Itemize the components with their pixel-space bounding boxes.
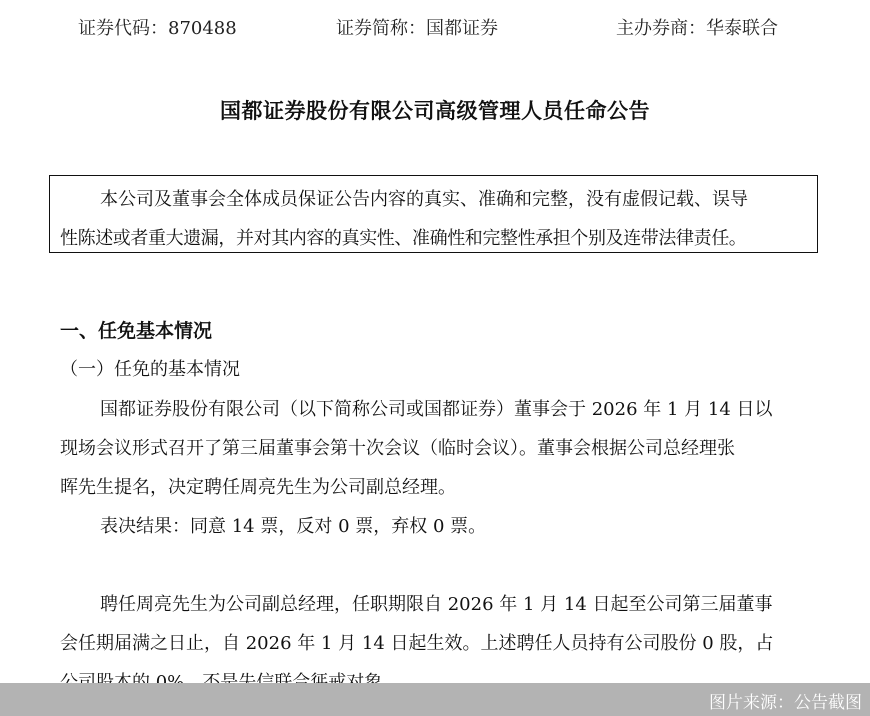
paragraph-2-line-1: 聘任周亮先生为公司副总经理，任职期限自 2026 年 1 月 14 日起至公司第…	[100, 590, 773, 616]
document-title: 国都证券股份有限公司高级管理人员任命公告	[0, 95, 870, 125]
document-header: 证券代码：870488 证券简称：国都证券 主办券商：华泰联合	[0, 14, 870, 42]
image-source-banner: 图片来源：公告截图	[0, 683, 870, 716]
disclaimer-line-1: 本公司及董事会全体成员保证公告内容的真实、准确和完整，没有虚假记载、误导	[100, 185, 748, 211]
paragraph-1-line-3: 晖先生提名，决定聘任周亮先生为公司副总经理。	[60, 473, 456, 499]
section-heading: 一、任免基本情况	[60, 316, 212, 343]
paragraph-2-line-2: 会任期届满之日止，自 2026 年 1 月 14 日起生效。上述聘任人员持有公司…	[60, 629, 773, 655]
subsection-heading: （一）任免的基本情况	[60, 355, 240, 381]
paragraph-1-line-1: 国都证券股份有限公司（以下简称公司或国都证券）董事会于 2026 年 1 月 1…	[100, 395, 773, 421]
disclaimer-line-2: 性陈述或者重大遗漏，并对其内容的真实性、准确性和完整性承担个别及连带法律责任。	[60, 224, 746, 250]
paragraph-1-line-2: 现场会议形式召开了第三届董事会第十次会议（临时会议）。董事会根据公司总经理张	[60, 434, 735, 460]
disclaimer-box: 本公司及董事会全体成员保证公告内容的真实、准确和完整，没有虚假记载、误导 性陈述…	[49, 175, 818, 253]
sponsor-broker: 主办券商：华泰联合	[616, 14, 778, 40]
vote-result: 表决结果：同意 14 票，反对 0 票，弃权 0 票。	[100, 512, 486, 538]
security-code: 证券代码：870488	[78, 14, 237, 40]
image-source-caption: 图片来源：公告截图	[709, 688, 862, 713]
security-abbreviation: 证券简称：国都证券	[336, 14, 498, 40]
